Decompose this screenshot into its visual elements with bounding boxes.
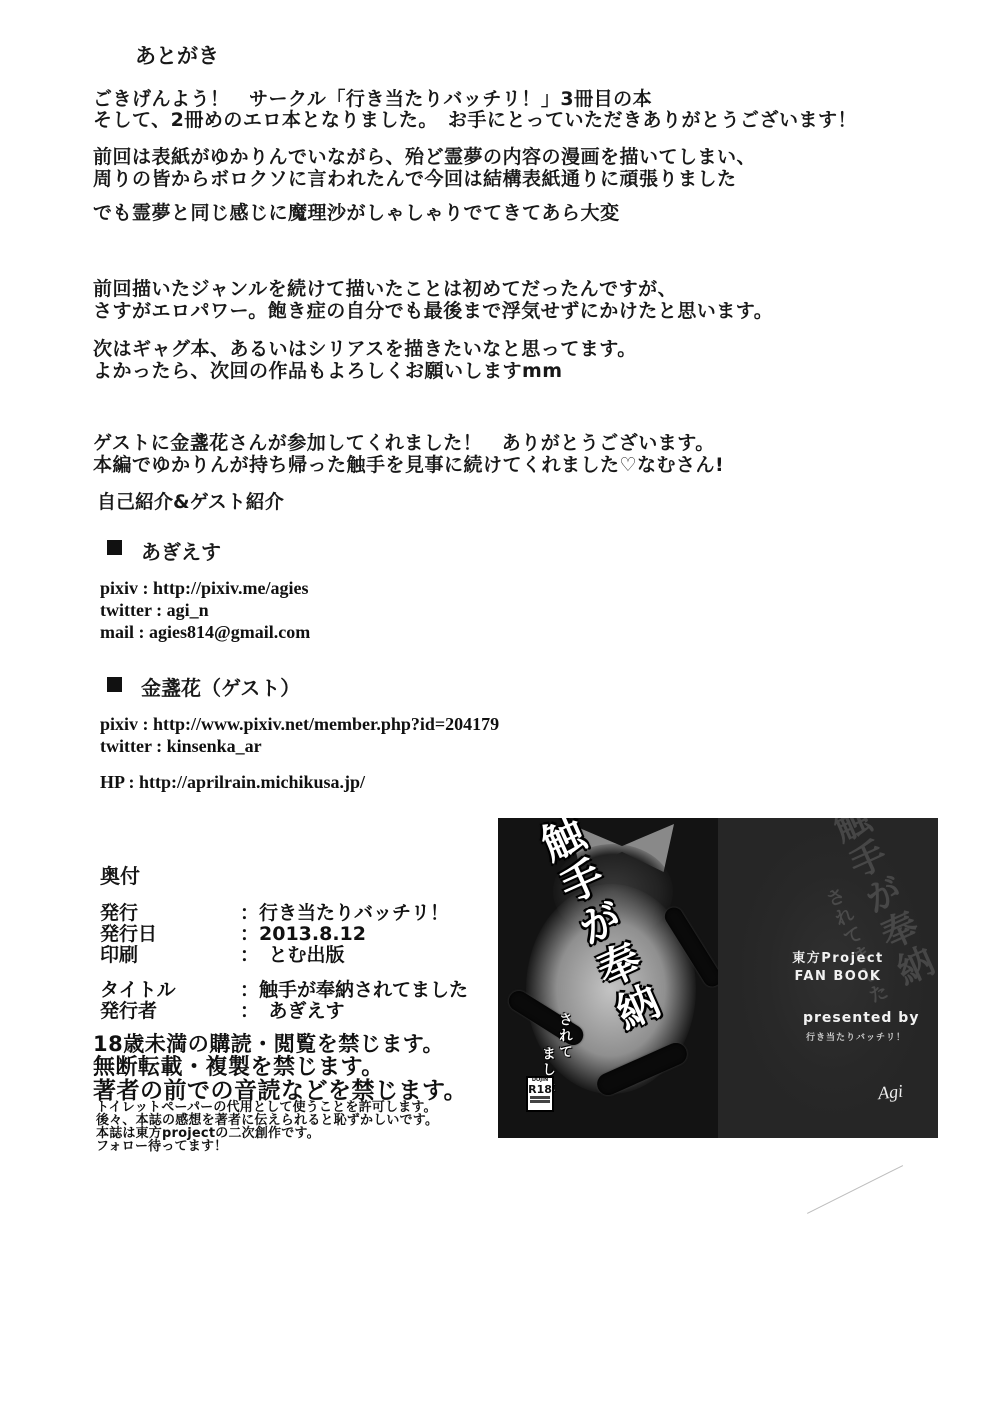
colophon-label: 発行者 (100, 996, 157, 1023)
page-title: あとがき (135, 40, 219, 70)
afterword-line: 周りの皆からボロクソに言われたんで今回は結構表紙通りに頑張りました (93, 164, 737, 191)
author-contact-twitter: twitter : agi_n (100, 600, 209, 621)
badge-fineprint-bar (530, 1100, 550, 1103)
author-contact-pixiv: pixiv : http://pixiv.me/agies (100, 578, 309, 599)
guest-name: 金盞花（ゲスト） (141, 672, 300, 701)
artist-signature: Agi (877, 1081, 904, 1104)
scan-scratch-line (807, 1165, 903, 1214)
guest-homepage: HP : http://aprilrain.michikusa.jp/ (100, 772, 365, 793)
colophon-heading: 奥付 (100, 860, 140, 889)
colophon-value: ： あぎえす (240, 996, 345, 1023)
author-contact-mail: mail : agies814@gmail.com (100, 622, 310, 643)
bullet-square-icon (107, 540, 122, 555)
cover-front-panel: 触手が奉納 されて ました DOJIN R18 (498, 818, 718, 1138)
afterword-line: よかったら、次回の作品もよろしくお願いしますmm (93, 356, 563, 383)
section-heading-intro: 自己紹介&ゲスト紹介 (97, 487, 284, 514)
presented-by-label: presented by (803, 1010, 919, 1026)
guest-contact-pixiv: pixiv : http://www.pixiv.net/member.php?… (100, 714, 499, 735)
afterword-line: でも霊夢と同じ感じに魔理沙がしゃしゃりでてきてあら大変 (93, 198, 620, 225)
fanbook-line2: FAN BOOK (758, 968, 918, 986)
afterword-page: あとがき ごきげんよう！ サークル「行き当たりバッチリ！」3冊目の本 そして、2… (0, 0, 1000, 1412)
guest-contact-twitter: twitter : kinsenka_ar (100, 736, 262, 757)
author-name: あぎえす (141, 536, 221, 565)
book-cover-thumbnail: 触手が奉納 されて ました DOJIN R18 されてました 触手が奉納 東方P… (498, 818, 938, 1138)
fanbook-line1: 東方Project (758, 950, 918, 968)
r18-rating-badge: DOJIN R18 (526, 1076, 554, 1112)
fanbook-label: 東方Project FAN BOOK (758, 950, 918, 986)
bullet-square-icon (107, 677, 122, 692)
cover-back-panel: されてました 触手が奉納 東方Project FAN BOOK presente… (718, 818, 938, 1138)
badge-fineprint-bar (530, 1096, 550, 1099)
circle-name-logo: 行き当たりバッチリ！ (806, 1030, 906, 1043)
colophon-label: 印刷 (100, 940, 138, 967)
cover-subtitle: されて (555, 1012, 575, 1060)
badge-r18-label: R18 (528, 1084, 552, 1095)
colophon-value: ： とむ出版 (240, 940, 345, 967)
afterword-line: 本編でゆかりんが持ち帰った触手を見事に続けてくれました♡なむさん! (93, 450, 724, 477)
afterword-line: そして、2冊めのエロ本となりました。 お手にとっていただきありがとうございます！ (93, 105, 857, 132)
notice-fineprint: フォロー待ってます！ (96, 1135, 227, 1154)
afterword-line: さすがエロパワー。飽き症の自分でも最後まで浮気せずにかけたと思います。 (93, 296, 773, 323)
